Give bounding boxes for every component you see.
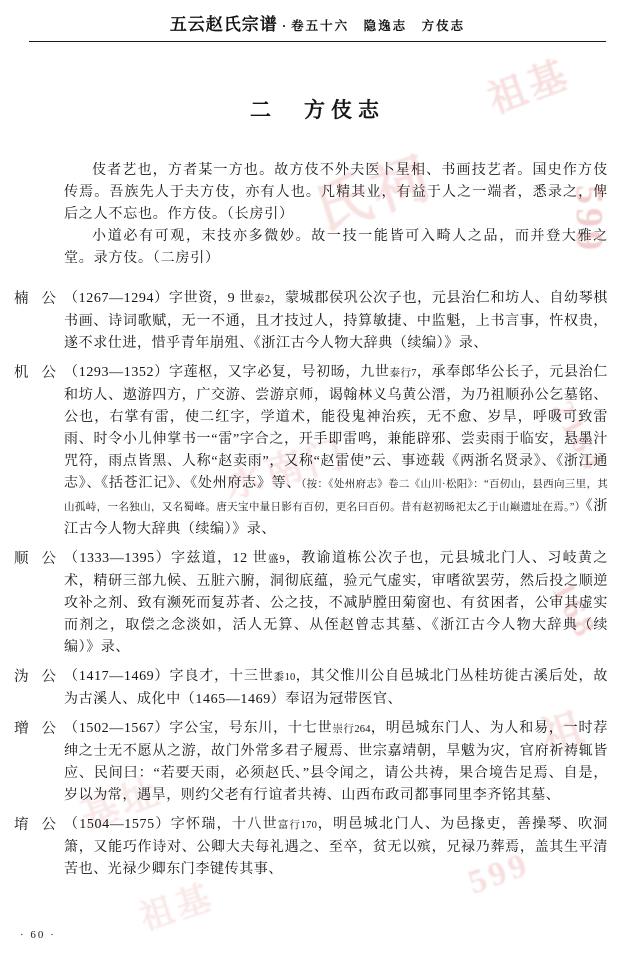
entry-row: 楠公（1267—1294）字世资，9 世泰2，蒙城郡侯巩公次子也，元县治仁和坊人…	[64, 288, 608, 355]
entry-body: （1417—1469）字良才，十三世黍10，其父惟川公自邑城北门丛桂坊徙古溪后处…	[64, 666, 608, 711]
entry-text-segment: （1293—1352）字莲枢，又字必复，号初旸，九世	[64, 365, 390, 380]
entry-text-segment: ，教谕道栋公次子也，元县城北门人、习岐黄之术，精研三部九候、五脏六腑，洞彻底蕴，…	[64, 551, 608, 655]
entry-row: 堉公（1504—1575）字怀瑞，十八世富行170，明邑城北门人、为邑掾吏，善操…	[64, 814, 608, 881]
entry-text-segment: 黍10	[274, 672, 296, 683]
entry-text-segment: 崇行264	[332, 724, 370, 735]
entry-text-segment: 泰2	[254, 294, 270, 305]
entry-given-name: 沩	[14, 666, 29, 688]
entries-list: 楠公（1267—1294）字世资，9 世泰2，蒙城郡侯巩公次子也，元县治仁和坊人…	[64, 288, 608, 881]
entry-body: （1267—1294）字世资，9 世泰2，蒙城郡侯巩公次子也，元县治仁和坊人、自…	[64, 288, 608, 355]
entry-name: 堉公	[14, 814, 56, 836]
entry-text-segment: ，承奉郎华公长子，元县治仁和坊人、遨游四方，广交游、尝游京师，谒翰林义乌黄公溍，…	[64, 365, 608, 491]
entry-given-name: 璔	[14, 718, 29, 740]
entry-row: 沩公（1417—1469）字良才，十三世黍10，其父惟川公自邑城北门丛桂坊徙古溪…	[64, 666, 608, 711]
entry-text-segment: （1417—1469）字良才，十三世	[64, 669, 274, 684]
entry-body: （1504—1575）字怀瑞，十八世富行170，明邑城北门人、为邑掾吏，善操琴、…	[64, 814, 608, 881]
header-separator-dot: ·	[282, 18, 287, 33]
entry-name: 璔公	[14, 718, 56, 740]
book-title: 五云赵氏宗谱	[170, 15, 278, 34]
section-title: 二 方伎志	[0, 94, 635, 124]
entry-text-segment: 盛9	[268, 554, 285, 565]
entry-text-segment: 泰行7	[390, 368, 417, 379]
genealogy-page: 祖基599氏祠水南门2164168祖基址599祖基 五云赵氏宗谱·卷五十六 隐逸…	[0, 0, 635, 957]
entry-name: 机公	[14, 362, 56, 384]
volume-subtitle: 卷五十六 隐逸志 方伎志	[291, 19, 465, 33]
entry-text-segment: （1502—1567）字公宝，号东川，十七世	[64, 721, 332, 736]
entry-honorific: 公	[42, 666, 57, 688]
entry-honorific: 公	[42, 718, 57, 740]
entry-given-name: 顺	[14, 548, 29, 570]
entry-name: 沩公	[14, 666, 56, 688]
entry-honorific: 公	[42, 814, 57, 836]
entry-text-segment: （1267—1294）字世资，9 世	[64, 291, 254, 306]
entry-text-segment: （1504—1575）字怀瑞，十八世	[64, 817, 278, 832]
entry-honorific: 公	[42, 288, 57, 310]
header-rule	[29, 41, 606, 42]
entry-name: 楠公	[14, 288, 56, 310]
page-number: · 60 ·	[20, 929, 56, 941]
entry-text-segment: （1333—1395）字兹道，12 世	[64, 551, 268, 566]
entry-body: （1333—1395）字兹道，12 世盛9，教谕道栋公次子也，元县城北门人、习岐…	[64, 548, 608, 659]
page-header: 五云赵氏宗谱·卷五十六 隐逸志 方伎志	[0, 0, 635, 35]
entry-text-segment: 富行170	[278, 820, 317, 831]
entry-name: 顺公	[14, 548, 56, 570]
entry-honorific: 公	[42, 362, 57, 384]
intro-paragraph: 伎者艺也，方者某一方也。故方伎不外夫医卜星相、书画技艺者。国史作方伎传焉。吾族先…	[64, 160, 608, 226]
entry-row: 机公（1293—1352）字莲枢，又字必复，号初旸，九世泰行7，承奉郎华公长子，…	[64, 362, 608, 541]
intro-paragraph: 小道必有可观，末技亦多微妙。故一技一能皆可入畸人之品，而并登大雅之堂。录方伎。（…	[64, 226, 608, 270]
entry-body: （1293—1352）字莲枢，又字必复，号初旸，九世泰行7，承奉郎华公长子，元县…	[64, 362, 608, 541]
entry-given-name: 机	[14, 362, 29, 384]
entry-given-name: 楠	[14, 288, 29, 310]
page-content: 伎者艺也，方者某一方也。故方伎不外夫医卜星相、书画技艺者。国史作方伎传焉。吾族先…	[64, 160, 608, 881]
entry-body: （1502—1567）字公宝，号东川，十七世崇行264，明邑城东门人、为人和易，…	[64, 718, 608, 807]
entry-given-name: 堉	[14, 814, 29, 836]
entry-row: 璔公（1502—1567）字公宝，号东川，十七世崇行264，明邑城东门人、为人和…	[64, 718, 608, 807]
entry-honorific: 公	[42, 548, 57, 570]
entry-row: 顺公（1333—1395）字兹道，12 世盛9，教谕道栋公次子也，元县城北门人、…	[64, 548, 608, 659]
intro-block: 伎者艺也，方者某一方也。故方伎不外夫医卜星相、书画技艺者。国史作方伎传焉。吾族先…	[64, 160, 608, 270]
